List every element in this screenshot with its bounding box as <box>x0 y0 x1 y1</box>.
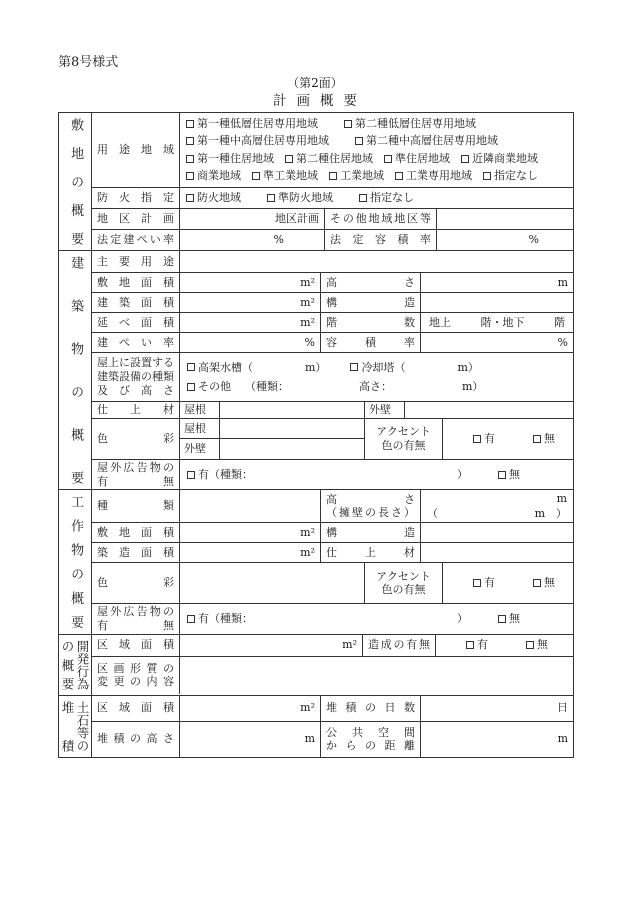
row-use-district: 用途地域 第一種低層住居専用地域第二種低層住居専用地域 第一種中高層住居専用地域… <box>92 113 573 187</box>
unit-m: m <box>558 276 568 290</box>
input-legal-far[interactable]: % <box>436 230 573 250</box>
checkbox-icon <box>359 194 367 202</box>
far-label: 容積率 <box>320 333 420 352</box>
checkbox-option[interactable]: 指定なし <box>359 191 414 205</box>
unit-sqm: m² <box>300 701 315 715</box>
structure-label: 構造 <box>320 293 420 312</box>
checkbox-option[interactable]: 近隣商業地域 <box>461 152 538 166</box>
checkbox-option-ads-no[interactable]: 無 <box>498 612 520 626</box>
checkbox-icon <box>186 120 194 128</box>
input-height[interactable]: m <box>420 273 573 292</box>
fire-prevention-options: 防火地域準防火地域指定なし <box>180 188 573 208</box>
checkbox-option-ads-yes[interactable]: 有 <box>187 468 209 482</box>
checkbox-icon <box>252 172 260 180</box>
color-label: 色彩 <box>92 419 180 459</box>
checkbox-icon <box>187 615 195 623</box>
district-plan-suffix: 地区計画 <box>275 212 319 226</box>
other-kind-prefix: （種類： <box>245 380 289 394</box>
checkbox-icon <box>466 641 474 649</box>
legal-coverage-label: 法定建ぺい率 <box>92 230 180 250</box>
checkbox-option[interactable]: 第一種住居地域 <box>186 152 274 166</box>
input-distance[interactable]: m <box>420 722 573 757</box>
input-main-use[interactable] <box>180 251 573 272</box>
total-floor-area-label: 延べ面積 <box>92 313 180 332</box>
checkbox-label: 指定なし <box>494 169 538 183</box>
checkbox-icon <box>533 579 541 587</box>
checkbox-label: 準工業地域 <box>263 169 318 183</box>
section-label-text: 土石等の <box>75 701 90 752</box>
unit-m: m <box>557 492 567 506</box>
unit-percent: % <box>558 336 568 350</box>
input-total-floor-area[interactable]: m² <box>180 313 320 332</box>
checkbox-icon <box>384 155 392 163</box>
floors-mid-label: 階・地下 <box>481 316 525 330</box>
unit-days: 日 <box>557 701 568 715</box>
equipment-line-1: 高架水槽 （ m） 冷却塔 （ m） <box>180 361 573 375</box>
checkbox-label: 有 <box>484 432 495 446</box>
section-structure: 工作物の概要 種類 高さ （擁壁の長さ） m <box>59 489 573 634</box>
checkbox-option[interactable]: 第二種低層住居専用地域 <box>344 117 476 131</box>
color-label: 色彩 <box>92 563 180 603</box>
height-unit-line: m <box>427 492 567 506</box>
checkbox-option[interactable]: 工業地域 <box>329 169 384 183</box>
checkbox-option-cooling-tower[interactable]: 冷却塔 <box>350 361 394 375</box>
finish-wall-label: 外壁 <box>364 402 404 418</box>
row-building-color: 色彩 屋根 外壁 アクセント 色の有無 <box>92 418 573 459</box>
checkbox-icon <box>526 641 534 649</box>
checkbox-label: 有 <box>477 638 488 652</box>
checkbox-icon <box>285 155 293 163</box>
row-building-outdoor-ads: 屋外広告物の 有無 有 （種類： ） 無 <box>92 459 573 490</box>
checkbox-label: 無 <box>509 468 520 482</box>
input-soil-area[interactable]: m² <box>180 696 320 721</box>
plan-summary-table: 敷地の概要 用途地域 第一種低層住居専用地域第二種低層住居専用地域 第一種中高層… <box>58 112 574 758</box>
checkbox-label: 第一種低層住居専用地域 <box>197 117 318 131</box>
input-development-area[interactable]: m² <box>180 635 362 656</box>
row-construction-area: 築造面積 m² 仕上材 <box>92 542 573 562</box>
accent-color-label: アクセント 色の有無 <box>364 563 442 603</box>
input-structure-color[interactable] <box>180 563 364 603</box>
checkbox-label: 無 <box>537 638 548 652</box>
rooftop-equipment-options: 高架水槽 （ m） 冷却塔 （ m） その他 <box>180 353 573 401</box>
unit-sqm: m² <box>300 546 315 560</box>
area-label: 区域面積 <box>92 696 180 721</box>
row-structure-site-area: 敷地面積 m² 構造 <box>92 522 573 542</box>
unit-percent: % <box>274 233 284 247</box>
section-building-label: 建築物の概要 <box>59 251 92 489</box>
checkbox-label: 商業地域 <box>197 169 241 183</box>
row-soil-height: 堆積の高さ m 公共空間 からの距離 m <box>92 721 573 757</box>
checkbox-label: 第二種低層住居専用地域 <box>355 117 476 131</box>
checkbox-icon <box>498 615 506 623</box>
checkbox-option-ads-no[interactable]: 無 <box>498 468 520 482</box>
section-site: 敷地の概要 用途地域 第一種低層住居専用地域第二種低層住居専用地域 第一種中高層… <box>59 113 573 250</box>
form-page: 第8号様式 （第2面） 計画概要 敷地の概要 用途地域 第一種低層住居専用地域第… <box>0 0 630 903</box>
checkbox-label: 工業地域 <box>340 169 384 183</box>
outdoor-ads-label: 屋外広告物の 有無 <box>92 604 180 634</box>
section-label-text: 堆積 <box>60 701 75 752</box>
section-soil-label: 土石等の 堆積 <box>59 696 92 757</box>
input-color-wall[interactable] <box>219 439 364 459</box>
unit-m: m <box>305 732 315 746</box>
checkbox-option-other-equipment[interactable]: その他 <box>187 380 231 394</box>
accent-color-options: 有無 <box>442 419 573 459</box>
checkbox-label: 無 <box>544 576 555 590</box>
checkbox-option[interactable]: 有 <box>466 638 488 652</box>
checkbox-label: 有 <box>198 612 209 626</box>
grading-label: 造成の有無 <box>362 635 435 656</box>
color-wall-row: 外壁 <box>180 438 364 459</box>
paren-open: （ <box>242 361 253 375</box>
checkbox-label: 工業専用地域 <box>406 169 472 183</box>
unit-sqm: m² <box>300 296 315 310</box>
use-district-options-row: 商業地域準工業地域工業地域工業専用地域指定なし <box>180 169 573 183</box>
checkbox-label: 第二種住居地域 <box>296 152 373 166</box>
floors-label: 階数 <box>320 313 420 332</box>
checkbox-label: 準住居地域 <box>395 152 450 166</box>
input-change-description[interactable] <box>180 657 573 694</box>
checkbox-icon <box>498 471 506 479</box>
unit-sqm: m² <box>300 526 315 540</box>
coverage-ratio-label: 建ぺい率 <box>92 333 180 352</box>
checkbox-label: 近隣商業地域 <box>472 152 538 166</box>
row-soil-area: 区域面積 m² 堆積の日数 日 <box>92 696 573 721</box>
input-far[interactable]: % <box>420 333 573 352</box>
input-finish-roof[interactable] <box>219 402 364 418</box>
row-total-floor-area: 延べ面積 m² 階数 地上 階・地下 階 <box>92 312 573 332</box>
checkbox-icon <box>533 435 541 443</box>
distance-label: 公共空間 からの距離 <box>320 722 420 757</box>
checkbox-option[interactable]: 準工業地域 <box>252 169 318 183</box>
input-structure-height[interactable]: m （ m ） <box>420 490 573 522</box>
rooftop-equipment-label: 屋上に設置する 建築設備の種類 及び高さ <box>92 353 180 401</box>
checkbox-icon <box>473 435 481 443</box>
outdoor-ads-label: 屋外広告物の 有無 <box>92 460 180 490</box>
row-bldg-site-area: 敷地面積 m² 高さ m <box>92 272 573 292</box>
checkbox-option[interactable]: 有 <box>473 432 495 446</box>
input-district-plan[interactable]: 地区計画 <box>180 209 324 229</box>
floors-text: 地上 階・地下 階 <box>426 316 568 330</box>
checkbox-option[interactable]: 無 <box>526 638 548 652</box>
retaining-length-line: （ m ） <box>427 507 567 521</box>
checkbox-option[interactable]: 第二種住居地域 <box>285 152 373 166</box>
checkbox-option[interactable]: 準防火地域 <box>267 191 333 205</box>
input-coverage-ratio[interactable]: % <box>180 333 320 352</box>
unit-percent: % <box>529 233 539 247</box>
building-area-label: 建築面積 <box>92 293 180 312</box>
checkbox-label: 高架水槽 <box>198 361 242 375</box>
days-label: 堆積の日数 <box>320 696 420 721</box>
unit-m-paren: m） <box>305 361 326 375</box>
use-district-label: 用途地域 <box>92 113 180 187</box>
outdoor-ads-options: 有 （種類： ） 無 <box>180 604 573 634</box>
row-change-description: 区画形質の 変更の内容 <box>92 656 573 694</box>
district-plan-label: 地区計画 <box>92 209 180 229</box>
checkbox-icon <box>186 172 194 180</box>
finish-material-label: 仕上材 <box>92 402 180 418</box>
input-structure-site-area[interactable]: m² <box>180 523 320 542</box>
row-structure-outdoor-ads: 屋外広告物の 有無 有 （種類： ） 無 <box>92 603 573 634</box>
checkbox-option[interactable]: 第一種低層住居専用地域 <box>186 117 318 131</box>
input-legal-coverage[interactable]: % <box>180 230 324 250</box>
checkbox-icon <box>187 363 195 371</box>
unit-m-paren: m） <box>457 361 478 375</box>
row-development-area: 区域面積 m² 造成の有無 有無 <box>92 635 573 656</box>
row-finish-material: 仕上材 屋根 外壁 <box>92 401 573 418</box>
row-rooftop-equipment: 屋上に設置する 建築設備の種類 及び高さ 高架水槽 （ m） 冷却塔 （ <box>92 352 573 401</box>
unit-m: m <box>558 732 568 746</box>
row-coverage-ratio: 建ぺい率 % 容積率 % <box>92 332 573 352</box>
structure-label: 構造 <box>320 523 420 542</box>
section-label-text: 工作物の概要 <box>67 495 83 629</box>
color-roof-label: 屋根 <box>180 419 219 439</box>
checkbox-icon <box>395 172 403 180</box>
use-district-options-row: 第一種住居地域第二種住居地域準住居地域近隣商業地域 <box>180 152 573 166</box>
checkbox-label: 有 <box>484 576 495 590</box>
checkbox-option[interactable]: 有 <box>473 576 495 590</box>
input-finish-wall[interactable] <box>404 402 573 418</box>
input-structure-structure[interactable] <box>420 523 573 542</box>
checkbox-option[interactable]: 指定なし <box>483 169 538 183</box>
checkbox-option-tank[interactable]: 高架水槽 <box>187 361 242 375</box>
input-site-area[interactable]: m² <box>180 273 320 292</box>
checkbox-icon <box>186 137 194 145</box>
checkbox-label: 指定なし <box>370 191 414 205</box>
other-district-label: その他地域地区等 <box>324 209 436 229</box>
checkbox-label: 無 <box>544 432 555 446</box>
checkbox-label: 有 <box>198 468 209 482</box>
checkbox-icon <box>355 137 363 145</box>
section-label-text: 開発行為 <box>75 640 90 690</box>
input-structure-finish[interactable] <box>420 543 573 562</box>
checkbox-option[interactable]: 第二種中高層住居専用地域 <box>355 134 498 148</box>
equipment-line-2: その他 （種類： 高さ： m） <box>180 380 573 394</box>
height-label: 高さ <box>320 273 420 292</box>
unit-sqm: m² <box>342 638 357 652</box>
unit-sqm: m² <box>300 276 315 290</box>
legal-far-label: 法定容積率 <box>324 230 436 250</box>
unit-sqm: m² <box>300 316 315 330</box>
checkbox-icon <box>186 194 194 202</box>
input-construction-area[interactable]: m² <box>180 543 320 562</box>
checkbox-icon <box>350 363 358 371</box>
checkbox-label: 無 <box>509 612 520 626</box>
accent-color-label: アクセント 色の有無 <box>364 419 442 459</box>
ads-kind-prefix: （種類： <box>209 612 253 626</box>
section-site-label: 敷地の概要 <box>59 113 92 250</box>
checkbox-icon <box>186 155 194 163</box>
color-roof-row: 屋根 <box>180 419 364 439</box>
fire-prevention-label: 防火指定 <box>92 188 180 208</box>
site-area-label: 敷地面積 <box>92 523 180 542</box>
input-days[interactable]: 日 <box>420 696 573 721</box>
change-description-label: 区画形質の 変更の内容 <box>92 657 180 694</box>
section-label-text: 建築物の概要 <box>67 256 83 484</box>
checkbox-icon <box>483 172 491 180</box>
soil-height-label: 堆積の高さ <box>92 722 180 757</box>
unit-m-paren: m） <box>462 380 483 394</box>
checkbox-label: 第一種住居地域 <box>197 152 274 166</box>
section-building: 建築物の概要 主要用途 敷地面積 m² 高さ <box>59 250 573 489</box>
input-kind[interactable] <box>180 490 320 522</box>
section-label-text: の概要 <box>60 640 75 690</box>
row-district-plan: 地区計画 地区計画 その他地域地区等 <box>92 208 573 229</box>
floors-below-unit: 階 <box>554 316 565 330</box>
area-label: 区域面積 <box>92 635 180 656</box>
checkbox-option[interactable]: 商業地域 <box>186 169 241 183</box>
checkbox-icon <box>344 120 352 128</box>
checkbox-icon <box>461 155 469 163</box>
input-floors[interactable]: 地上 階・地下 階 <box>420 313 573 332</box>
outdoor-ads-options: 有 （種類： ） 無 <box>180 460 573 490</box>
use-district-options-row: 第一種低層住居専用地域第二種低層住居専用地域 <box>180 117 573 131</box>
accent-color-options: 有無 <box>442 563 573 603</box>
input-color-roof[interactable] <box>219 419 364 439</box>
finish-roof-label: 屋根 <box>180 402 219 418</box>
paren-open: （ <box>394 361 405 375</box>
kind-label: 種類 <box>92 490 180 522</box>
checkbox-icon <box>267 194 275 202</box>
checkbox-option[interactable]: 防火地域 <box>186 191 241 205</box>
unit-percent: % <box>305 336 315 350</box>
input-building-area[interactable]: m² <box>180 293 320 312</box>
checkbox-option[interactable]: 準住居地域 <box>384 152 450 166</box>
site-area-label: 敷地面積 <box>92 273 180 292</box>
checkbox-icon <box>329 172 337 180</box>
form-number: 第8号様式 <box>58 55 118 71</box>
paren-open: （ <box>427 507 438 521</box>
row-structure-kind: 種類 高さ （擁壁の長さ） m （ m ） <box>92 490 573 522</box>
input-other-district[interactable] <box>436 209 573 229</box>
row-structure-color: 色彩 アクセント 色の有無 有無 <box>92 562 573 603</box>
checkbox-label: 防火地域 <box>197 191 241 205</box>
height-retaining-label: 高さ （擁壁の長さ） <box>320 490 420 522</box>
checkbox-option[interactable]: 第一種中高層住居専用地域 <box>186 134 329 148</box>
other-height-prefix: 高さ： <box>359 380 392 394</box>
finish-material-label: 仕上材 <box>320 543 420 562</box>
section-soil: 土石等の 堆積 区域面積 m² 堆積の日数 日 <box>59 695 573 757</box>
row-building-area: 建築面積 m² 構造 <box>92 292 573 312</box>
use-district-options-row: 第一種中高層住居専用地域第二種中高層住居専用地域 <box>180 134 573 148</box>
checkbox-label: 第二種中高層住居専用地域 <box>366 134 498 148</box>
checkbox-label: その他 <box>198 380 231 394</box>
checkbox-option[interactable]: 工業専用地域 <box>395 169 472 183</box>
checkbox-icon <box>473 579 481 587</box>
row-legal-coverage: 法定建ぺい率 % 法定容積率 % <box>92 229 573 250</box>
page-title: 計画概要 <box>0 93 630 110</box>
input-soil-height[interactable]: m <box>180 722 320 757</box>
use-district-options: 第一種低層住居専用地域第二種低層住居専用地域 第一種中高層住居専用地域第二種中高… <box>180 113 573 187</box>
section-development: 開発行為 の概要 区域面積 m² 造成の有無 有無 <box>59 634 573 695</box>
floors-above-label: 地上 <box>429 316 451 330</box>
row-main-use: 主要用途 <box>92 251 573 272</box>
section-label-text: 敷地の概要 <box>67 118 83 245</box>
unit-m-paren: m ） <box>535 507 567 521</box>
page-face-label: （第2面） <box>0 76 630 91</box>
paren-close: ） <box>457 468 468 482</box>
checkbox-label: 準防火地域 <box>278 191 333 205</box>
row-fire-prevention: 防火指定 防火地域準防火地域指定なし <box>92 187 573 208</box>
checkbox-option[interactable]: 無 <box>533 432 555 446</box>
section-structure-label: 工作物の概要 <box>59 490 92 634</box>
checkbox-label: 冷却塔 <box>361 361 394 375</box>
color-sub-table: 屋根 外壁 <box>180 419 364 459</box>
checkbox-option-ads-yes[interactable]: 有 <box>187 612 209 626</box>
checkbox-icon <box>187 383 195 391</box>
color-wall-label: 外壁 <box>180 439 219 459</box>
paren-close: ） <box>457 612 468 626</box>
construction-area-label: 築造面積 <box>92 543 180 562</box>
input-structure[interactable] <box>420 293 573 312</box>
checkbox-label: 第一種中高層住居専用地域 <box>197 134 329 148</box>
grading-options: 有無 <box>435 635 573 656</box>
checkbox-icon <box>187 471 195 479</box>
section-development-label: 開発行為 の概要 <box>59 635 92 695</box>
main-use-label: 主要用途 <box>92 251 180 272</box>
ads-kind-prefix: （種類： <box>209 468 253 482</box>
checkbox-option[interactable]: 無 <box>533 576 555 590</box>
